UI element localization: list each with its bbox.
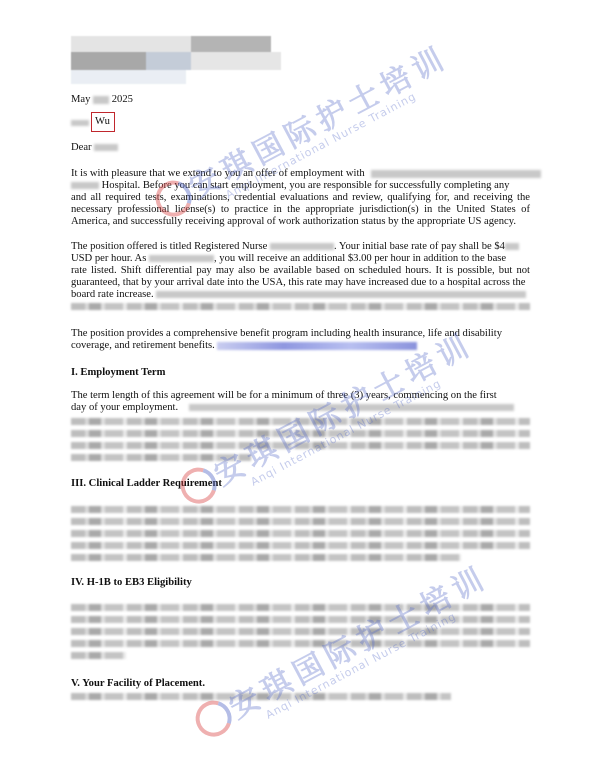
position-text-last: board rate increase. xyxy=(71,289,154,300)
redacted-unit xyxy=(270,243,334,250)
intro-text-2: Hospital. Before you can start employmen… xyxy=(102,180,510,191)
redacted-name xyxy=(94,144,118,151)
redacted-lines xyxy=(71,604,530,664)
term-line-2: day of your employment. xyxy=(71,402,514,414)
highlight-box: Wu xyxy=(91,112,115,132)
redacted-day xyxy=(93,96,109,104)
redacted-hospital-name xyxy=(371,170,541,178)
redacted-qualifier xyxy=(149,255,214,262)
section-heading-h1b-eb3: IV. H-1B to EB3 Eligibility xyxy=(71,577,192,588)
recipient-line xyxy=(71,117,89,129)
redacted-link[interactable] xyxy=(217,342,417,350)
redacted-lines xyxy=(71,418,530,466)
position-paragraph: rate listed. Shift differential pay may … xyxy=(71,265,530,289)
redacted-lines xyxy=(71,303,530,315)
intro-line-2: Hospital. Before you can start employmen… xyxy=(71,180,530,192)
benefits-line-2: coverage, and retirement benefits. xyxy=(71,340,417,352)
benefits-text-2: coverage, and retirement benefits. xyxy=(71,340,215,351)
redacted-hospital-name-2 xyxy=(71,182,99,189)
section-heading-facility-placement: V. Your Facility of Placement. xyxy=(71,678,205,689)
salutation: Dear xyxy=(71,142,92,153)
position-line-1: The position offered is titled Registere… xyxy=(71,241,519,253)
position-text-2b: , you will receive an additional $3.00 p… xyxy=(214,253,506,264)
intro-line-1: It is with pleasure that we extend to yo… xyxy=(71,168,541,180)
redacted-rate xyxy=(505,243,519,250)
position-text-2a: USD per hour. As xyxy=(71,253,146,264)
salutation-line: Dear xyxy=(71,142,118,154)
redacted-lines xyxy=(71,693,451,705)
position-last-line: board rate increase. xyxy=(71,289,526,301)
redacted-letterhead xyxy=(71,36,281,86)
redacted-lines xyxy=(71,506,530,566)
intro-paragraph: and all required tests, examinations, cr… xyxy=(71,192,530,227)
date-year: 2025 xyxy=(112,94,133,105)
redacted-text xyxy=(189,404,514,411)
position-text-1a: The position offered is titled Registere… xyxy=(71,241,267,252)
redacted-given-name xyxy=(71,120,89,126)
term-text-2: day of your employment. xyxy=(71,402,178,413)
redacted-sentence xyxy=(156,291,526,298)
position-text-1b: . Your initial base rate of pay shall be… xyxy=(334,241,505,252)
position-line-2: USD per hour. As , you will receive an a… xyxy=(71,253,506,265)
section-heading-employment-term: I. Employment Term xyxy=(71,367,165,378)
letter-date: May 2025 xyxy=(71,94,133,106)
intro-text-1: It is with pleasure that we extend to yo… xyxy=(71,168,365,179)
offer-letter-page: May 2025 Wu Dear It is with pleasure tha… xyxy=(0,0,600,776)
date-month: May xyxy=(71,94,90,105)
recipient-surname: Wu xyxy=(95,116,110,127)
section-heading-clinical-ladder: III. Clinical Ladder Requirement xyxy=(71,478,222,489)
benefits-line-1: The position provides a comprehensive be… xyxy=(71,328,502,340)
term-line-1: The term length of this agreement will b… xyxy=(71,390,497,402)
